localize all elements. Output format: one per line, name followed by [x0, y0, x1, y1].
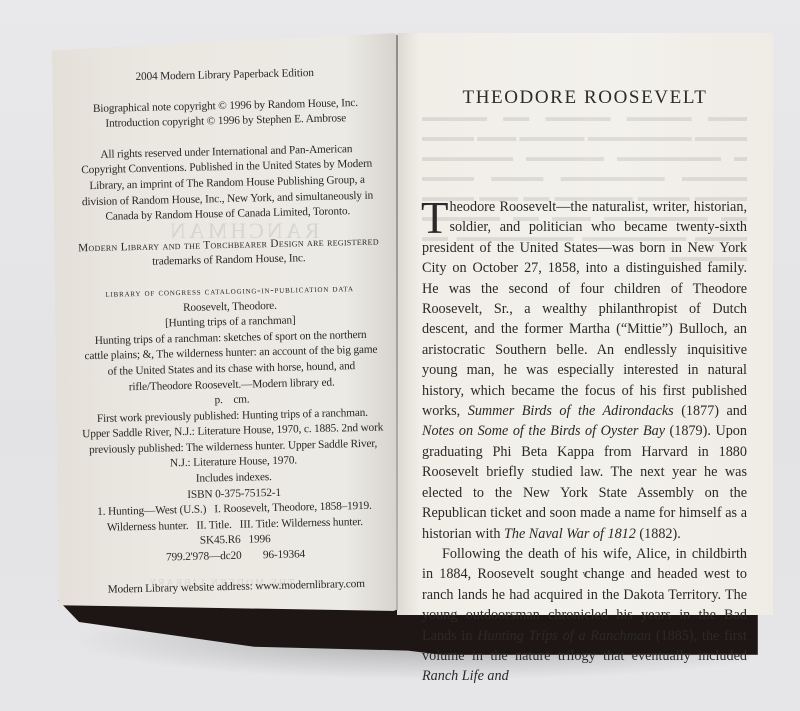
chapter-title: THEODORE ROOSEVELT [397, 87, 773, 109]
book-title: Notes on Some of the Birds of Oyster Bay [422, 423, 665, 439]
right-page-introduction: ▬▬▬ ▬▬▬▬▬ ▬▬▬▬▬ ▬▬ ▬▬▬▬▬ ▬▬▬▬ ▬▬▬▬▬▬▬▬ ▬… [397, 33, 773, 615]
website-line: Modern Library website address: www.mode… [64, 576, 409, 599]
paragraph-text: (1879). Upon graduating Phi Beta Kappa f… [422, 423, 747, 541]
book-title: Ranch Life and [422, 668, 509, 684]
copyright-block: 2004 Modern Library Paperback Edition Bi… [52, 64, 410, 644]
book-title: The Naval War of 1812 [504, 526, 636, 542]
paragraph: Theodore Roosevelt—the naturalist, write… [422, 197, 747, 544]
page-number: v [397, 569, 773, 580]
book-title: Summer Birds of the Adirondacks [468, 403, 674, 419]
edition-line: 2004 Modern Library Paperback Edition [52, 64, 397, 87]
book-title: Hunting Trips of a Ranchman [477, 628, 651, 644]
paragraph: Following the death of his wife, Alice, … [422, 544, 747, 687]
paragraph-text: (1877) and [674, 403, 747, 419]
introduction-body: Theodore Roosevelt—the naturalist, write… [422, 197, 747, 687]
book-spine-gutter [396, 35, 398, 610]
paragraph-text: (1882). [636, 526, 681, 542]
drop-cap: T [421, 200, 449, 236]
paragraph-text: heodore Roosevelt—the naturalist, writer… [422, 199, 747, 419]
left-page-copyright: RANCHMAN THE MODERN LIBRARY 2004 Modern … [52, 33, 397, 611]
